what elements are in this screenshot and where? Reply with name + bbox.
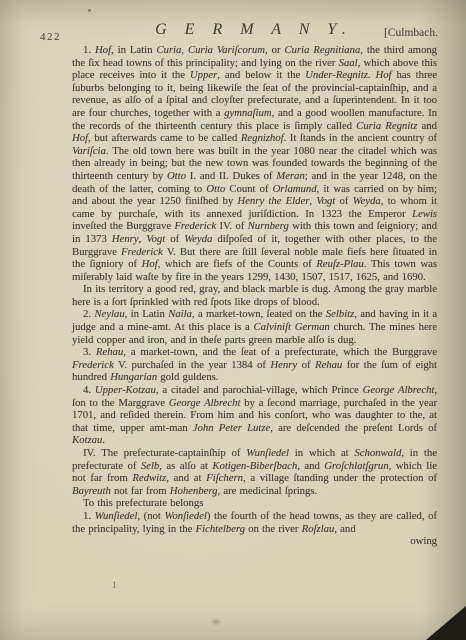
- p5-upper-kotzau: 4. Upper-Kotzau, a citadel and parochial…: [72, 384, 437, 447]
- scan-corner-shadow: [426, 606, 466, 640]
- p6-wunsiedel-captainship: IV. The prefecturate-captainſhip of Wunſ…: [72, 447, 437, 497]
- catch-title: [Culmbach.: [384, 27, 438, 39]
- p7-belongs: To this prefecturate belongs: [72, 497, 437, 510]
- p3-neylau: 2. Neylau, in Latin Naila, a market-town…: [72, 308, 437, 346]
- p8-wunsiedel: 1. Wunſiedel, (not Wonſiedel) the fourth…: [72, 510, 437, 535]
- ink-smudge: [212, 620, 220, 624]
- text-block: 1. Hof, in Latin Curia, Curia Variſcorum…: [72, 44, 437, 548]
- ink-speck: [88, 9, 91, 12]
- signature-mark: 1: [112, 580, 117, 590]
- page-number: 422: [40, 31, 61, 43]
- running-title: G E R M A N Y.: [72, 21, 436, 39]
- p1-hof: 1. Hof, in Latin Curia, Curia Variſcorum…: [72, 44, 437, 283]
- p2-marble: In its territory a good red, gray, and b…: [72, 283, 437, 308]
- p4-rehau: 3. Rehau, a market-town, and the ſeat of…: [72, 346, 437, 384]
- catchword: owing: [72, 535, 437, 548]
- book-page: 422 G E R M A N Y. [Culmbach. 1. Hof, in…: [0, 0, 466, 640]
